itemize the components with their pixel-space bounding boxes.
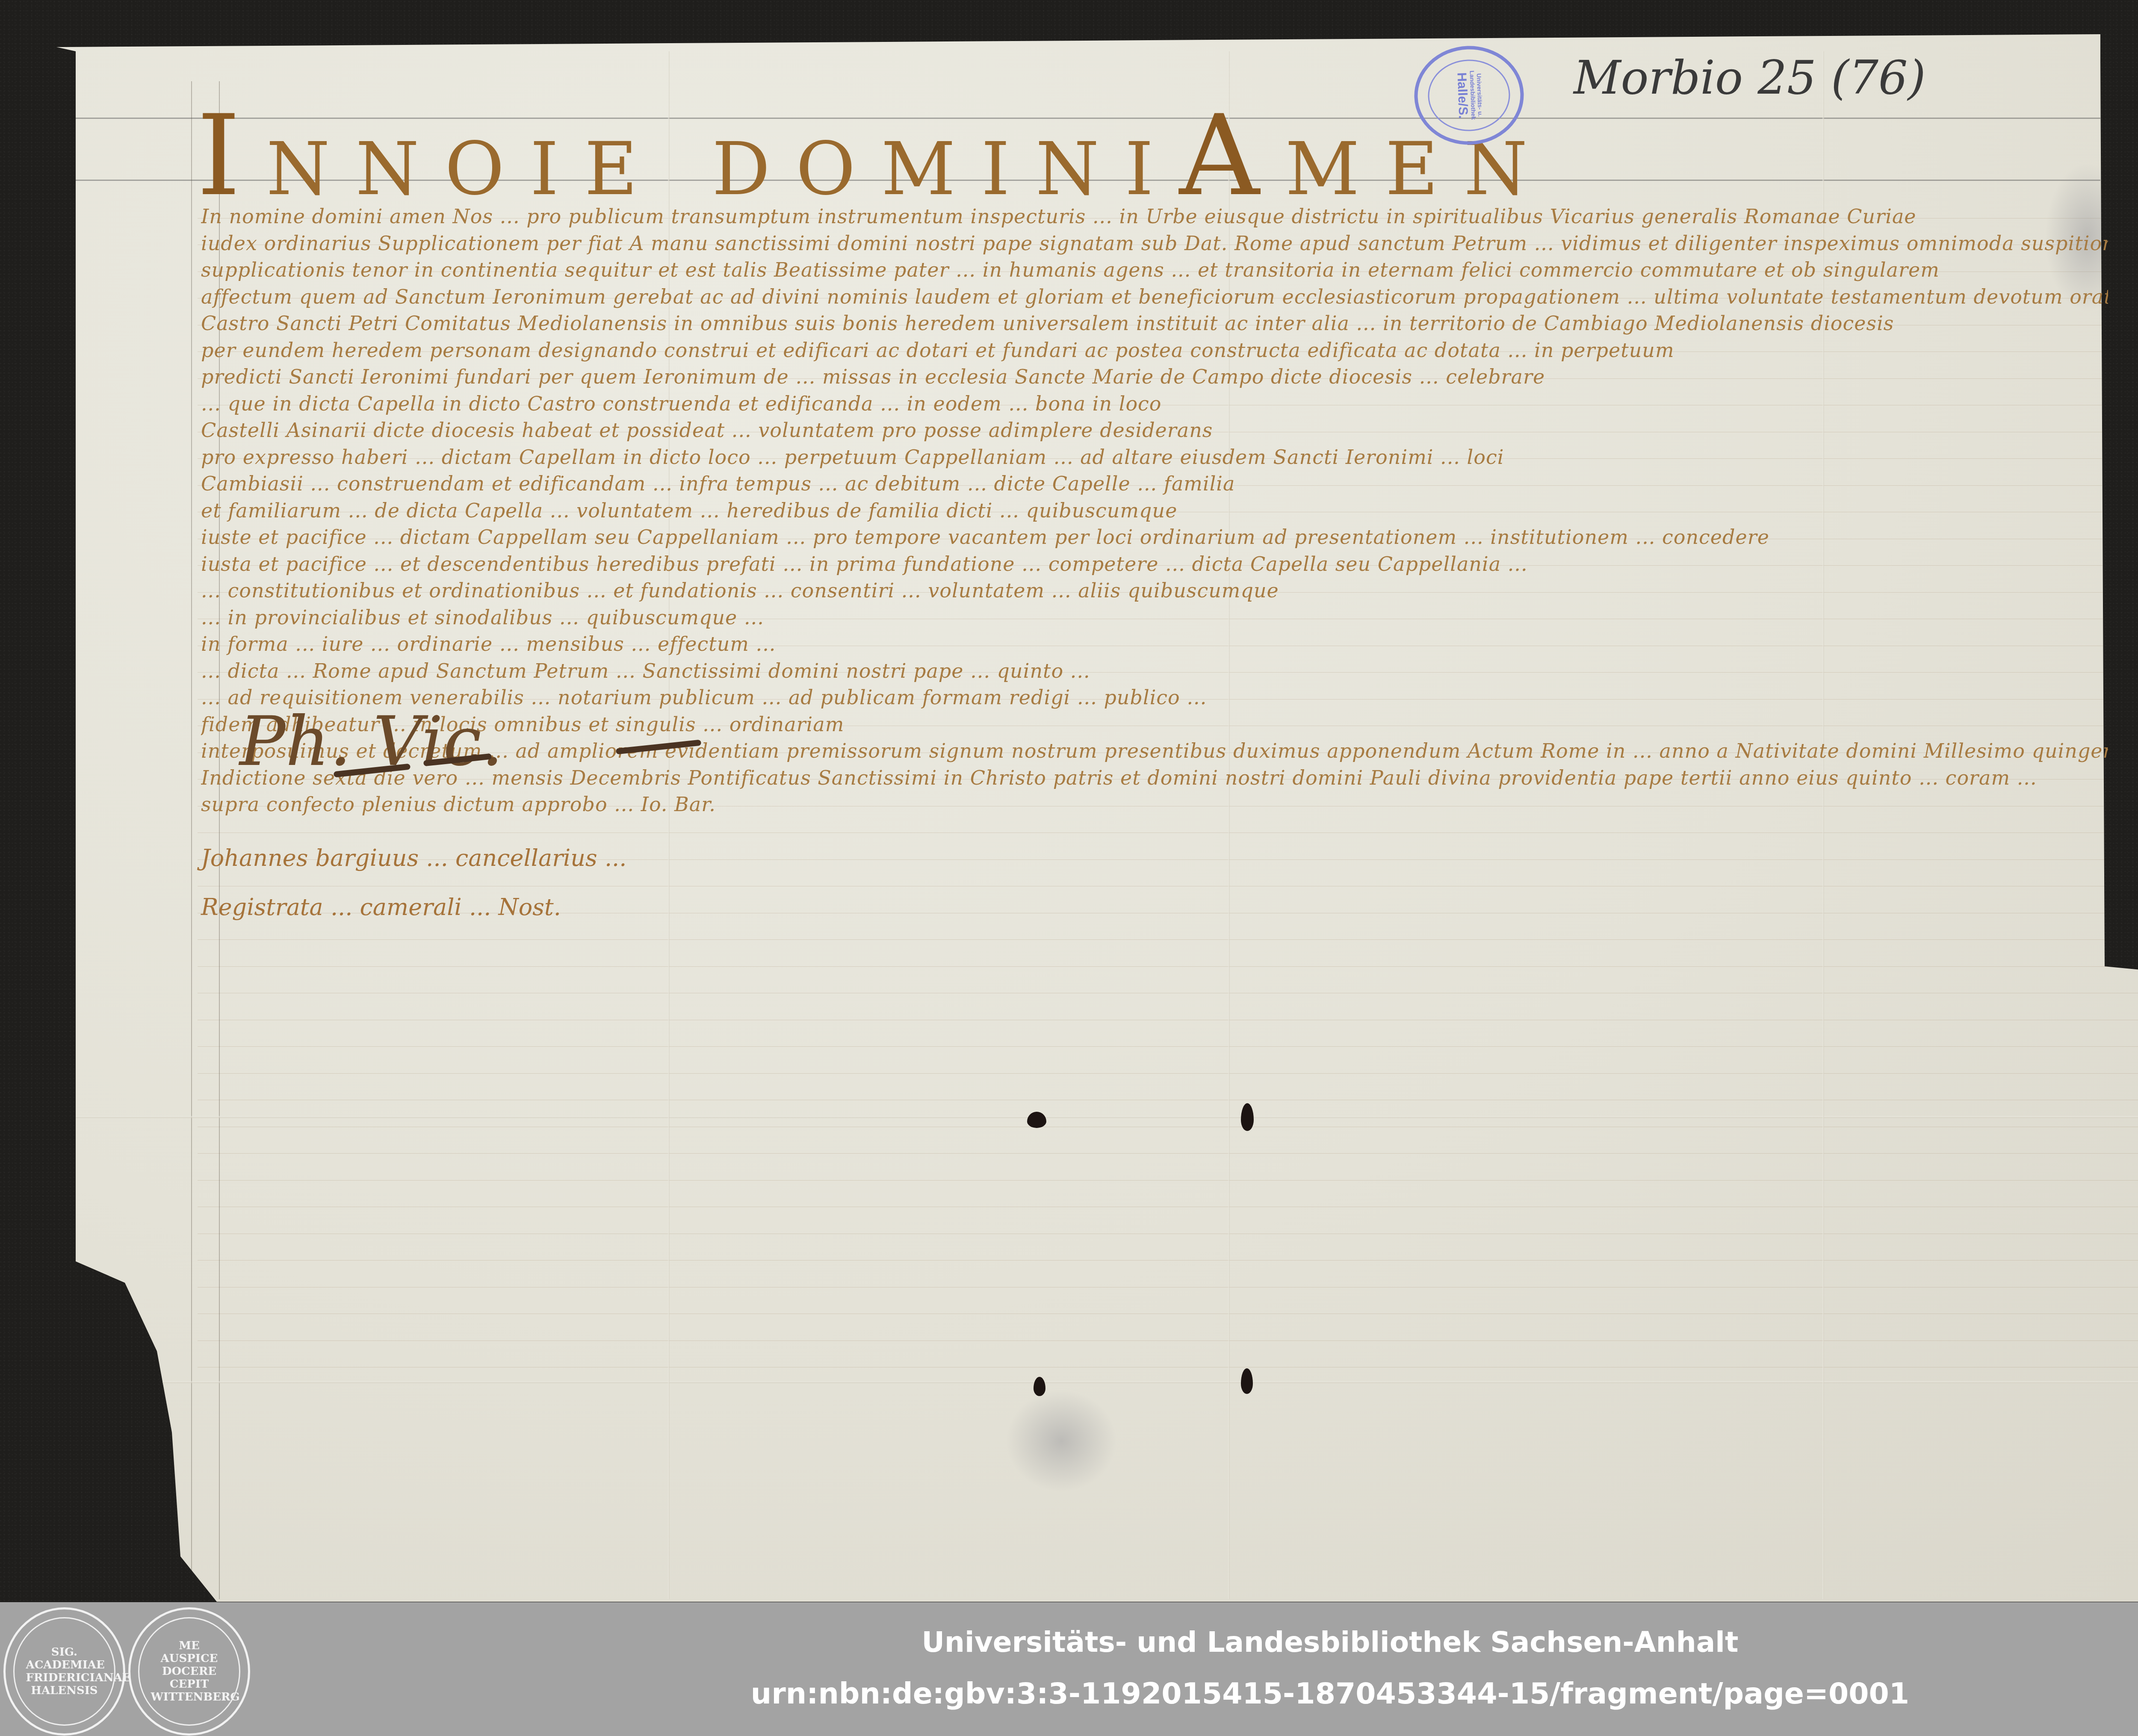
text-line: Castelli Asinarii dicte diocesis habeat … — [201, 417, 2108, 444]
shelfmark-annotation: Morbio 25 (76) — [1574, 51, 1926, 105]
ruling-line — [198, 833, 2138, 833]
text-line: iudex ordinarius Supplicationem per fiat… — [201, 230, 2108, 257]
ruling-line — [198, 966, 2138, 967]
text-line: ... in provincialibus et sinodalibus ...… — [201, 604, 2108, 631]
ruling-line — [198, 1340, 2138, 1341]
text-line: affectum quem ad Sanctum Ieronimum gereb… — [201, 283, 2108, 310]
subscription-line: Registrata ... camerali ... Nost. — [201, 894, 561, 921]
ruling-line — [198, 1127, 2138, 1127]
text-line: ... constitutionibus et ordinationibus .… — [201, 577, 2108, 604]
text-line: iusta et pacifice ... et descendentibus … — [201, 551, 2108, 578]
text-line: supra confecto plenius dictum approbo ..… — [201, 791, 2108, 818]
invocation-text-1: NNOIE DOMINI — [266, 127, 1179, 212]
footer-bar: SIG. ACADEMIAE FRIDERICIANAE HALENSIS ME… — [0, 1602, 2138, 1736]
stain — [1006, 1390, 1117, 1492]
text-line: In nomine domini amen Nos ... pro public… — [201, 203, 2108, 230]
ruling-line — [198, 1153, 2138, 1154]
text-line: ... que in dicta Capella in dicto Castro… — [201, 390, 2108, 417]
ruling-line — [198, 1180, 2138, 1181]
ruling-line — [198, 1100, 2138, 1100]
ruling-line — [198, 1287, 2138, 1287]
parchment-hole — [1241, 1103, 1254, 1131]
ruling-line — [198, 1207, 2138, 1207]
initial-letter-a: A — [1179, 92, 1285, 221]
text-line: Cambiasii ... construendam et edificanda… — [201, 470, 2108, 497]
ruling-line — [198, 886, 2138, 886]
text-line: predicti Sancti Ieronimi fundari per que… — [201, 363, 2108, 390]
text-line: iuste et pacifice ... dictam Cappellam s… — [201, 524, 2108, 551]
text-line: Castro Sancti Petri Comitatus Mediolanen… — [201, 310, 2108, 337]
initial-letter: I — [197, 92, 266, 221]
ruling-line — [198, 1367, 2138, 1367]
ruling-line — [198, 1234, 2138, 1234]
text-line: ... dicta ... Rome apud Sanctum Petrum .… — [201, 658, 2108, 685]
invocation-text-2: MEN — [1285, 127, 1553, 212]
parchment-hole — [1027, 1112, 1046, 1128]
subscription-line: Johannes bargiuus ... cancellarius ... — [201, 844, 626, 871]
left-margin-line — [191, 81, 192, 1599]
text-line: supplicationis tenor in continentia sequ… — [201, 257, 2108, 283]
ruling-line — [198, 1046, 2138, 1047]
fold-crease — [74, 1116, 2138, 1118]
invocation-heading: INNOIE DOMINIAMEN — [197, 100, 1553, 212]
institution-name: Universitäts- und Landesbibliothek Sachs… — [0, 1626, 2138, 1659]
text-line: et familiarum ... de dicta Capella ... v… — [201, 497, 2108, 524]
urn-identifier[interactable]: urn:nbn:de:gbv:3:3-1192015415-1870453344… — [0, 1677, 2138, 1711]
ruling-line — [198, 1020, 2138, 1020]
ruling-line — [198, 1314, 2138, 1314]
ruling-line — [198, 939, 2138, 940]
ruling-line — [198, 993, 2138, 993]
stamp-ring — [1427, 58, 1512, 133]
text-line: per eundem heredem personam designando c… — [201, 337, 2108, 364]
parchment-hole — [1241, 1368, 1253, 1394]
ruling-line — [198, 1073, 2138, 1074]
ruling-line — [198, 1260, 2138, 1261]
fold-crease — [121, 1381, 2138, 1383]
text-line: pro expresso haberi ... dictam Capellam … — [201, 444, 2108, 471]
text-line: in forma ... iure ... ordinarie ... mens… — [201, 631, 2108, 658]
